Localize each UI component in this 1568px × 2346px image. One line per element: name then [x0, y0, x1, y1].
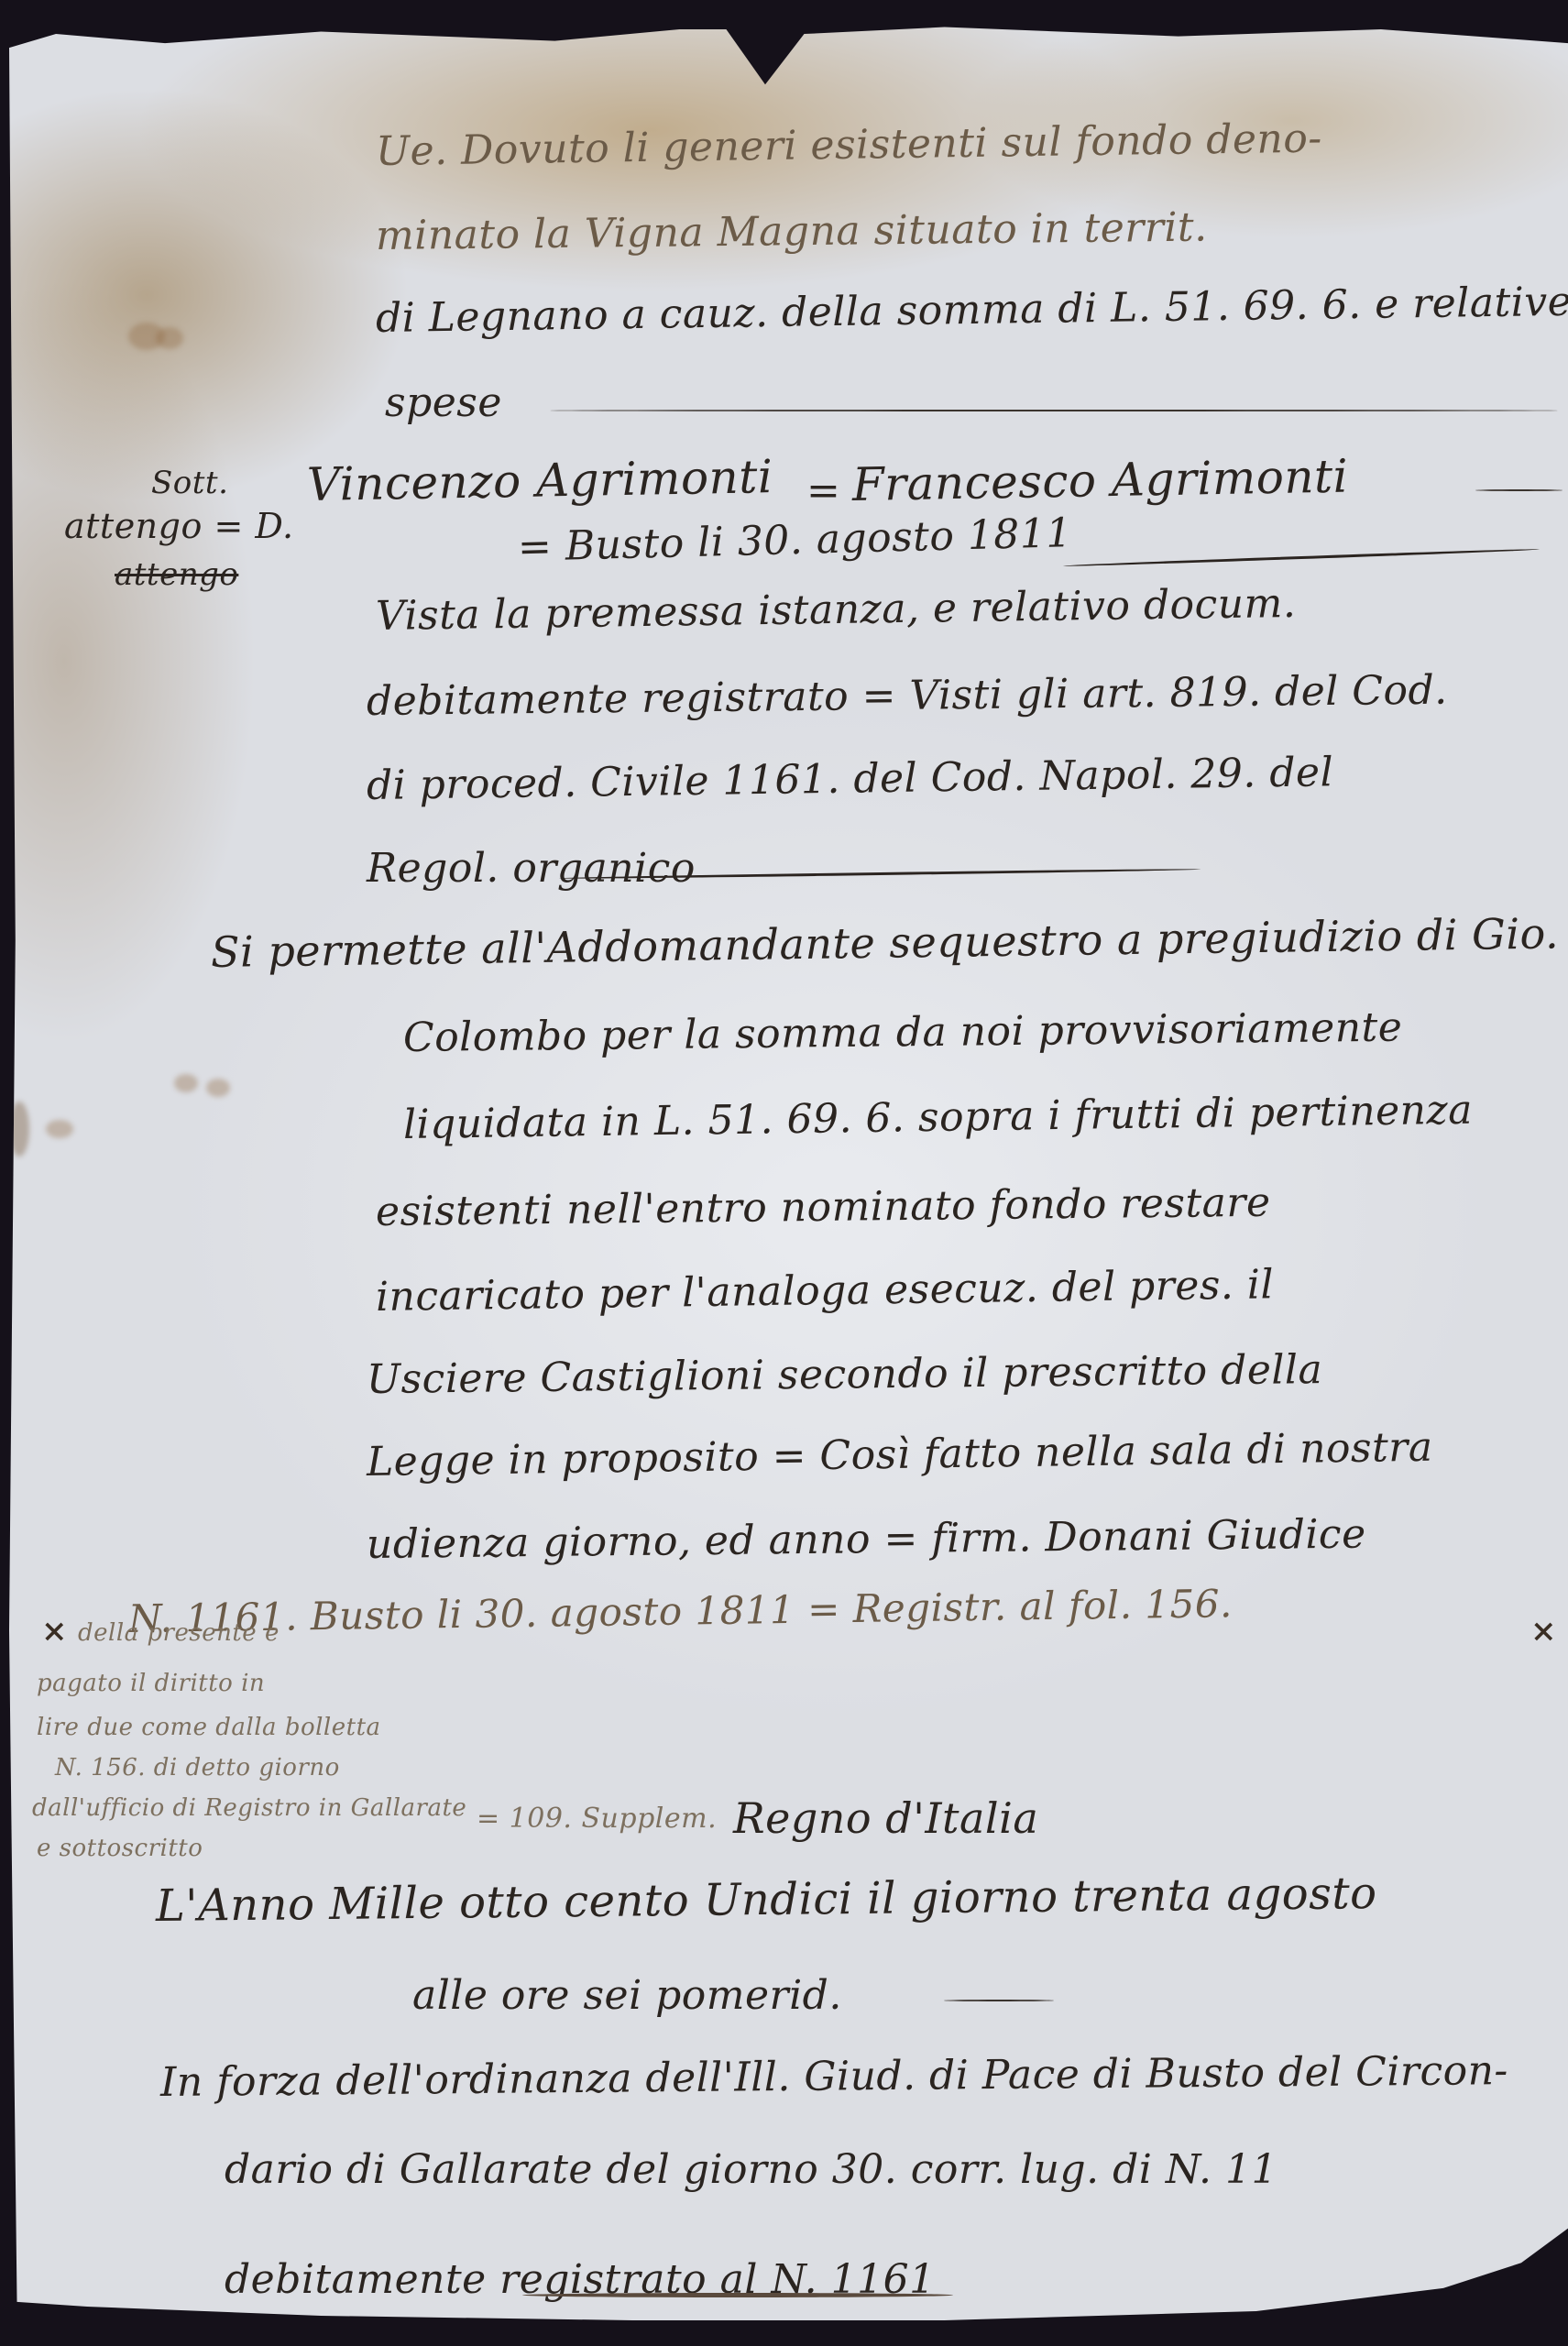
margin-note-line-4: N. 156. di detto giorno: [55, 1754, 340, 1781]
margin-note-line-1: della presente e: [78, 1619, 280, 1647]
ink-stain: [206, 1079, 230, 1097]
upper-line-3: di Legnano a cauz. della somma di L. 51.…: [376, 279, 1568, 342]
deed-line-3: In forza dell'ordinanza dell'Ill. Giud. …: [160, 2047, 1508, 2106]
body-line-1: Vista la premessa istanza, e relativo do…: [376, 580, 1297, 640]
deed-line-4: dario di Gallarate del giorno 30. corr. …: [225, 2146, 1277, 2193]
registration-line: N. 1161. Busto li 30. agosto 1811 = Regi…: [128, 1581, 1234, 1641]
deed-line-2: alle ore sei pomerid.: [412, 1972, 842, 2019]
margin-attengo-2: attengo: [115, 556, 238, 593]
deed-rule: [944, 2000, 1054, 2001]
defendant-name: Francesco Agrimonti: [851, 450, 1348, 511]
body-line-6: Colombo per la somma da noi provvisoriam…: [403, 1004, 1403, 1061]
margin-note-line-3: lire due come dalla bolletta: [37, 1714, 381, 1741]
deed-heading: Regno d'Italia: [733, 1793, 1038, 1843]
margin-attengo-1: attengo = D.: [64, 506, 294, 546]
margin-note-line-6: e sottoscritto: [37, 1835, 203, 1862]
ink-stain: [46, 1120, 73, 1138]
body-line-12: udienza giorno, ed anno = firm. Donani G…: [367, 1511, 1366, 1568]
margin-note-line-5: dall'ufficio di Registro in Gallarate: [32, 1794, 466, 1822]
body-line-10: Usciere Castiglioni secondo il prescritt…: [367, 1346, 1323, 1403]
deed-line-1: L'Anno Mille otto cento Undici il giorno…: [156, 1868, 1377, 1932]
body-line-4: Regol. organico: [367, 845, 696, 892]
margin-note-line-2: pagato il diritto in: [37, 1670, 265, 1697]
ink-stain: [174, 1074, 198, 1092]
header-dash: [1475, 489, 1563, 491]
party-separator: =: [806, 467, 840, 514]
ink-stain: [9, 1102, 29, 1157]
margin-label-sott: Sott.: [151, 465, 228, 501]
registration-cross-mark: ×: [1530, 1613, 1557, 1650]
underline-rule: [550, 410, 1558, 411]
body-line-5: Si permette all'Addomandante sequestro a…: [211, 908, 1560, 977]
body-line-8: esistenti nell'entro nominato fondo rest…: [376, 1179, 1271, 1235]
ink-stain: [156, 327, 183, 349]
upper-line-1: Ue. Dovuto li generi esistenti sul fondo…: [376, 115, 1322, 175]
date-underline: [1063, 548, 1540, 567]
body-line-9: incaricato per l'analoga esecuz. del pre…: [376, 1261, 1275, 1321]
body-line-3: di proced. Civile 1161. del Cod. Napol. …: [367, 749, 1334, 809]
upper-line-4: spese: [385, 379, 502, 426]
body-line-2: debitamente registrato = Visti gli art. …: [367, 667, 1448, 725]
margin-note-cross-mark: ×: [41, 1613, 68, 1650]
margin-note-tail: = 109. Supplem.: [477, 1803, 717, 1835]
upper-line-2: minato la Vigna Magna situato in territ.: [376, 203, 1208, 259]
closing-flourish: [522, 2293, 953, 2297]
body-line-11: Legge in proposito = Così fatto nella sa…: [367, 1424, 1433, 1485]
place-date: = Busto li 30. agosto 1811: [517, 510, 1072, 571]
body-line-7: liquidata in L. 51. 69. 6. sopra i frutt…: [403, 1087, 1474, 1148]
plaintiff-name: Vincenzo Agrimonti: [306, 450, 773, 511]
manuscript-page: Ue. Dovuto li generi esistenti sul fondo…: [9, 20, 1568, 2320]
